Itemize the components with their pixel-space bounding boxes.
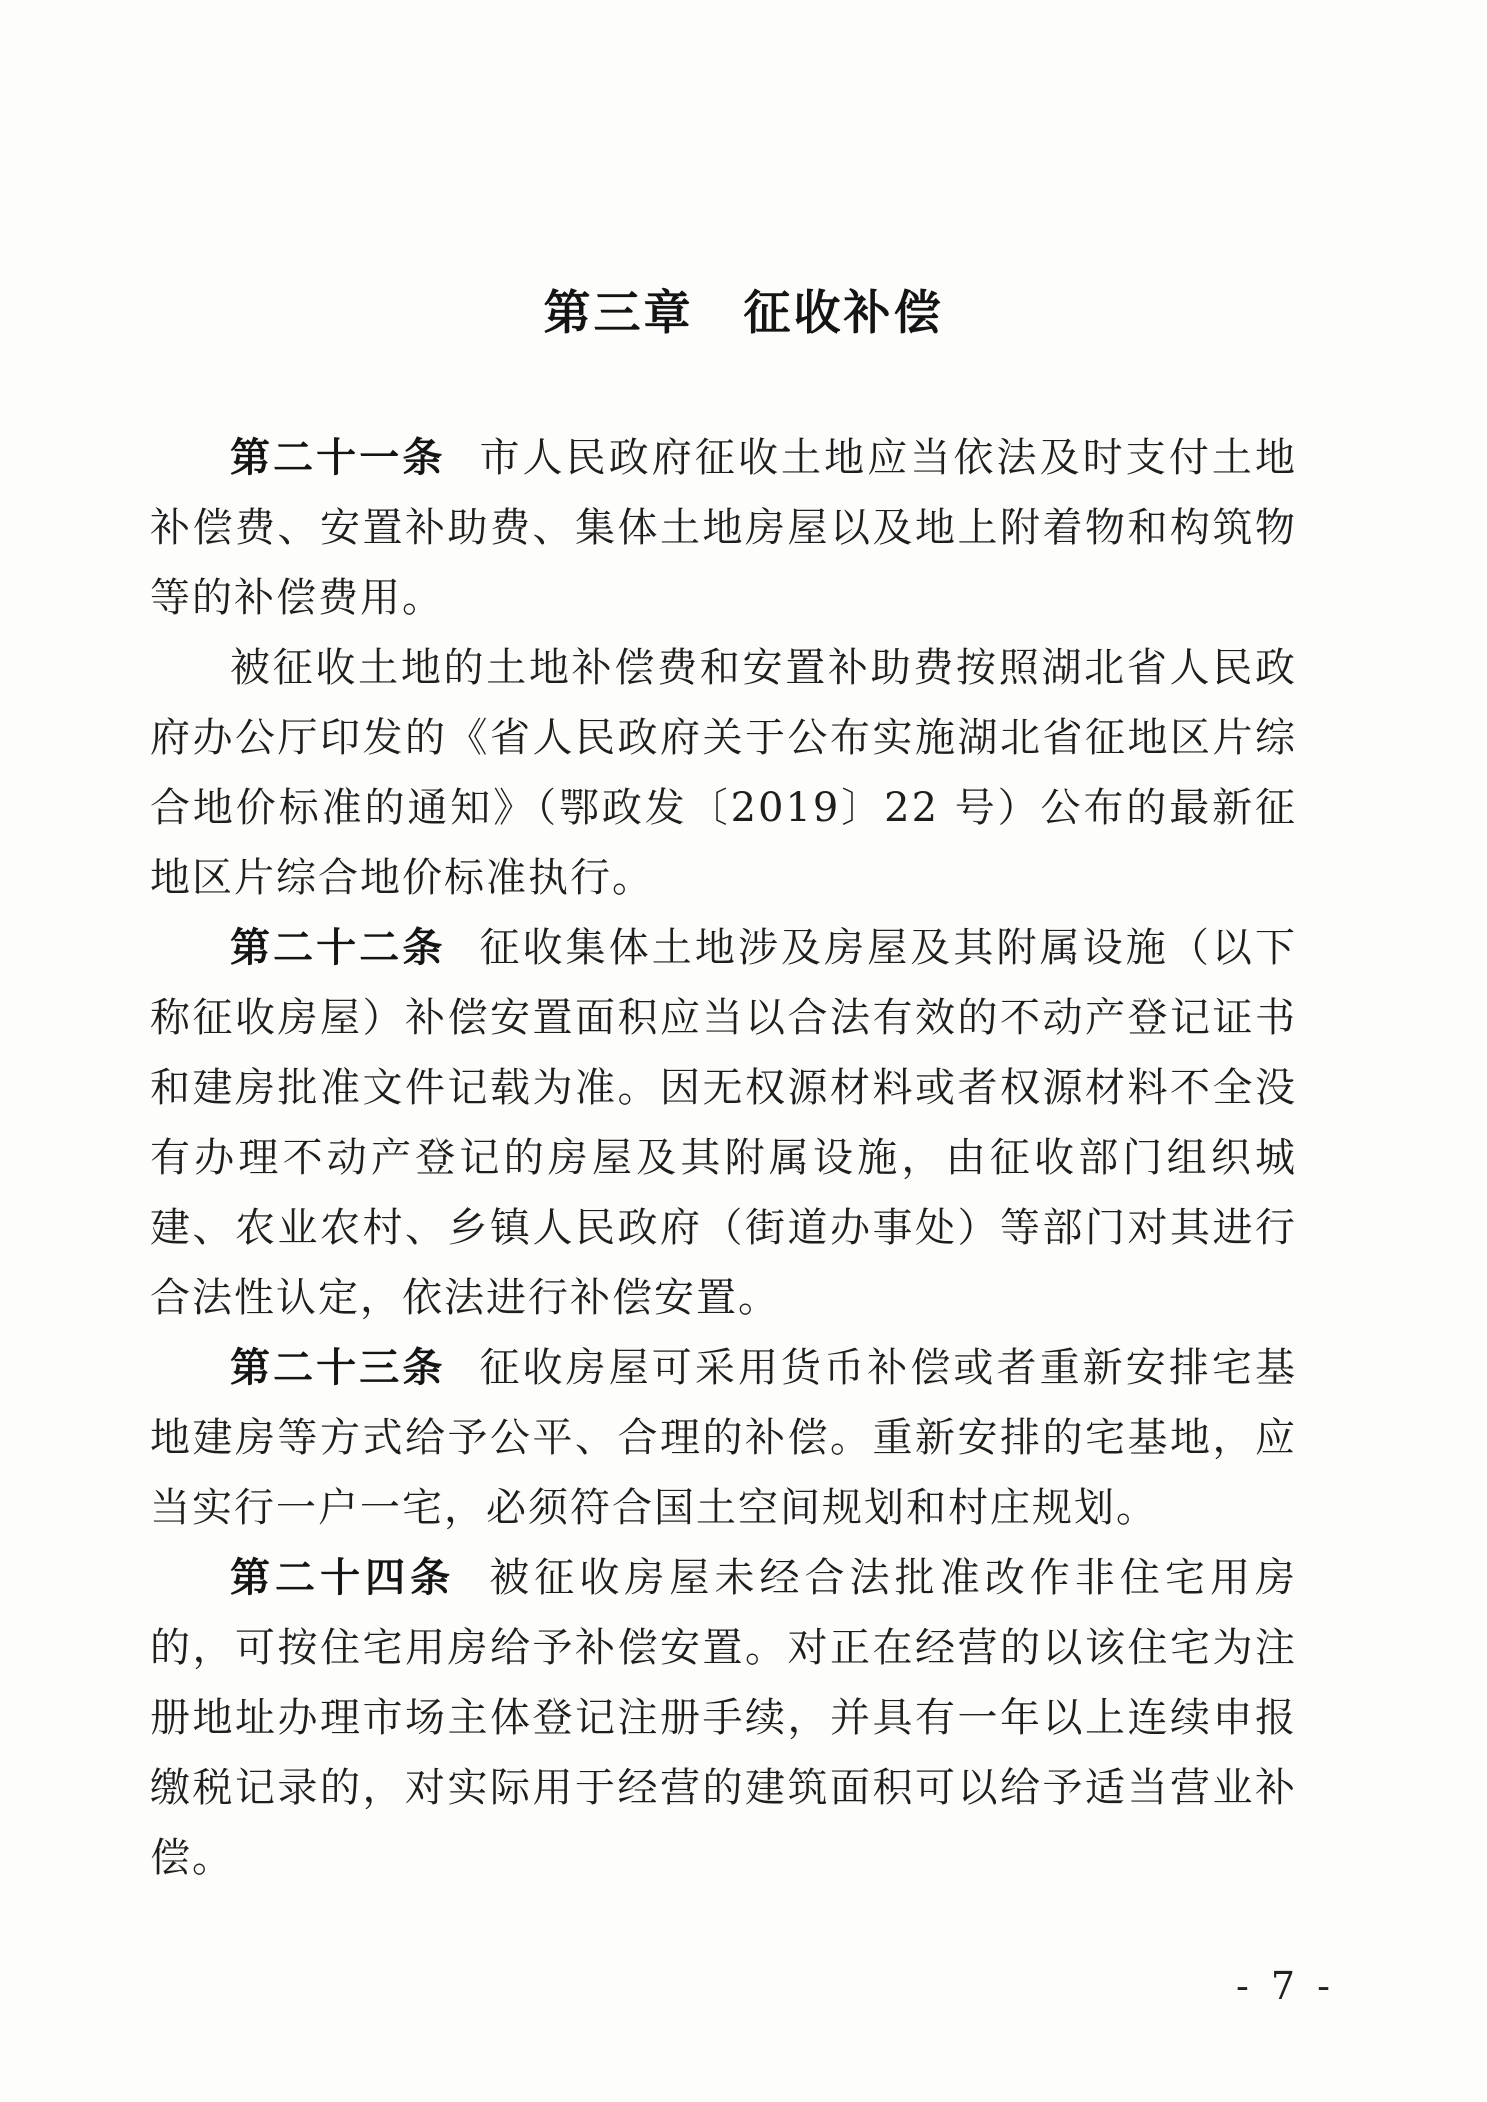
article-23-number: 第二十三条 (230, 1345, 445, 1391)
paragraph-article-22: 第二十二条征收集体土地涉及房屋及其附属设施（以下称征收房屋）补偿安置面积应当以合… (150, 913, 1297, 1333)
article-24-number: 第二十四条 (230, 1555, 455, 1601)
article-22-number: 第二十二条 (230, 925, 445, 971)
page-number: - 7 - (1236, 1964, 1335, 2008)
article-22-text: 征收集体土地涉及房屋及其附属设施（以下称征收房屋）补偿安置面积应当以合法有效的不… (150, 925, 1297, 1321)
chapter-title: 第三章 征收补偿 (0, 276, 1487, 343)
paragraph-article-23: 第二十三条征收房屋可采用货币补偿或者重新安排宅基地建房等方式给予公平、合理的补偿… (150, 1333, 1297, 1543)
document-body: 第二十一条市人民政府征收土地应当依法及时支付土地补偿费、安置补助费、集体土地房屋… (150, 423, 1297, 1893)
paragraph-article-21: 第二十一条市人民政府征收土地应当依法及时支付土地补偿费、安置补助费、集体土地房屋… (150, 423, 1297, 633)
compensation-standard-text: 被征收土地的土地补偿费和安置补助费按照湖北省人民政府办公厅印发的《省人民政府关于… (150, 645, 1297, 901)
document-page: 第三章 征收补偿 第二十一条市人民政府征收土地应当依法及时支付土地补偿费、安置补… (0, 0, 1487, 2102)
paragraph-compensation-standard: 被征收土地的土地补偿费和安置补助费按照湖北省人民政府办公厅印发的《省人民政府关于… (150, 633, 1297, 913)
article-24-text: 被征收房屋未经合法批准改作非住宅用房的，可按住宅用房给予补偿安置。对正在经营的以… (150, 1555, 1297, 1881)
paragraph-article-24: 第二十四条被征收房屋未经合法批准改作非住宅用房的，可按住宅用房给予补偿安置。对正… (150, 1543, 1297, 1893)
article-21-number: 第二十一条 (230, 435, 445, 481)
